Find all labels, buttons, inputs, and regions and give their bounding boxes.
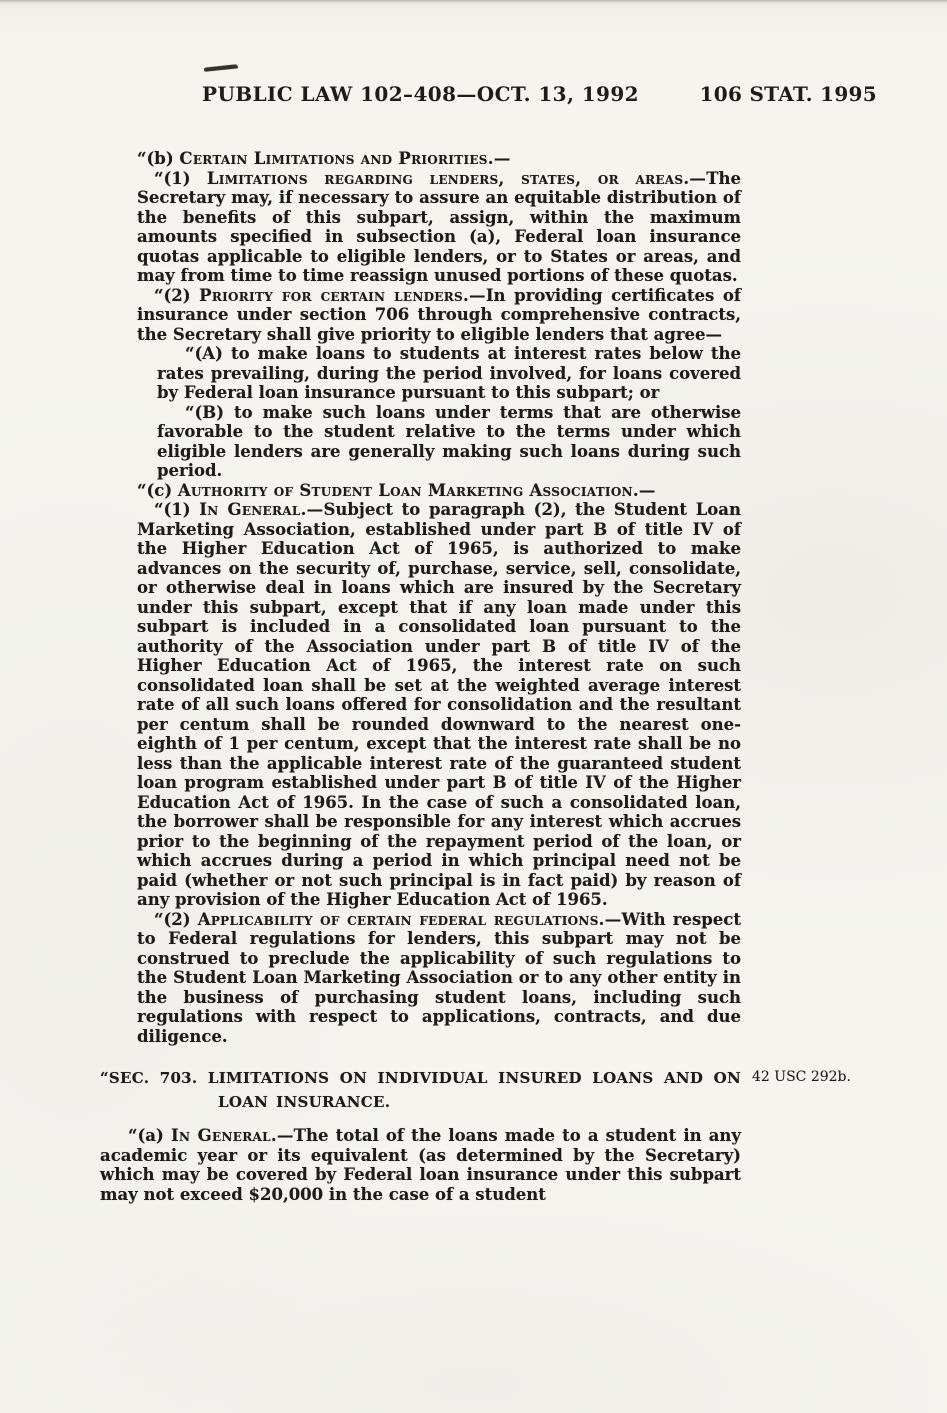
small-caps-heading-text: Authority of Student Loan Marketing Asso… — [178, 481, 656, 500]
scan-artifact-mark — [204, 64, 238, 72]
statute-paragraph-numbered: “(1) In General.—Subject to paragraph (2… — [137, 500, 741, 910]
quoted-subsections-block: “(b) Certain Limitations and Priorities.… — [137, 149, 741, 1046]
small-caps-heading-text: Limitations regarding lenders, states, o… — [207, 169, 706, 188]
statute-paragraph-numbered: “(2) Applicability of certain federal re… — [137, 910, 741, 1047]
statute-paragraph-subsection: “(c) Authority of Student Loan Marketing… — [137, 481, 741, 501]
running-head-law-title: PUBLIC LAW 102–408—OCT. 13, 1992 — [100, 82, 741, 106]
paragraph-text: “(b) — [137, 149, 179, 168]
statute-paragraph-numbered: “(1) Limitations regarding lenders, stat… — [137, 169, 741, 286]
paragraph-text: Subject to paragraph (2), the Student Lo… — [137, 500, 741, 909]
statute-paragraph-clause: “(A) to make loans to students at intere… — [157, 344, 741, 403]
subsection-a-paragraph: “(a) In General.—The total of the loans … — [100, 1126, 741, 1204]
paragraph-text: “(2) — [154, 910, 198, 929]
uscode-margin-note: 42 USC 292b. — [752, 1069, 902, 1085]
small-caps-heading-text: Applicability of certain federal regulat… — [198, 910, 622, 929]
scan-edge-shadow — [0, 0, 947, 3]
paragraph-text: With respect to Federal regulations for … — [137, 910, 741, 1046]
statute-paragraph-subsection: “(b) Certain Limitations and Priorities.… — [137, 149, 741, 169]
statute-paragraph-clause: “(B) to make such loans under terms that… — [157, 403, 741, 481]
paragraph-text: “(A) to make loans to students at intere… — [157, 344, 741, 402]
section-heading-row: “SEC. 703. LIMITATIONS ON INDIVIDUAL INS… — [100, 1066, 741, 1114]
small-caps-heading-text: In General.— — [171, 1126, 294, 1145]
running-head-stat-number: 106 STAT. 1995 — [700, 82, 877, 106]
small-caps-heading-text: In General.— — [199, 500, 323, 519]
paragraph-text: “(1) — [154, 500, 199, 519]
scanned-statute-page: PUBLIC LAW 102–408—OCT. 13, 1992 106 STA… — [0, 0, 947, 1413]
paragraph-text: “(B) to make such loans under terms that… — [157, 403, 741, 481]
paragraph-text: “(2) — [154, 286, 199, 305]
section-703-heading: “SEC. 703. LIMITATIONS ON INDIVIDUAL INS… — [100, 1066, 741, 1114]
statute-paragraph-numbered: “(2) Priority for certain lenders.—In pr… — [137, 286, 741, 345]
statute-text-column: “(b) Certain Limitations and Priorities.… — [100, 149, 741, 1204]
paragraph-text: “(1) — [154, 169, 207, 188]
paragraph-text: “(c) — [137, 481, 178, 500]
small-caps-heading-text: Priority for certain lenders.— — [199, 286, 486, 305]
small-caps-heading-text: Certain Limitations and Priorities.— — [179, 149, 510, 168]
paragraph-text: “(a) — [128, 1126, 171, 1145]
